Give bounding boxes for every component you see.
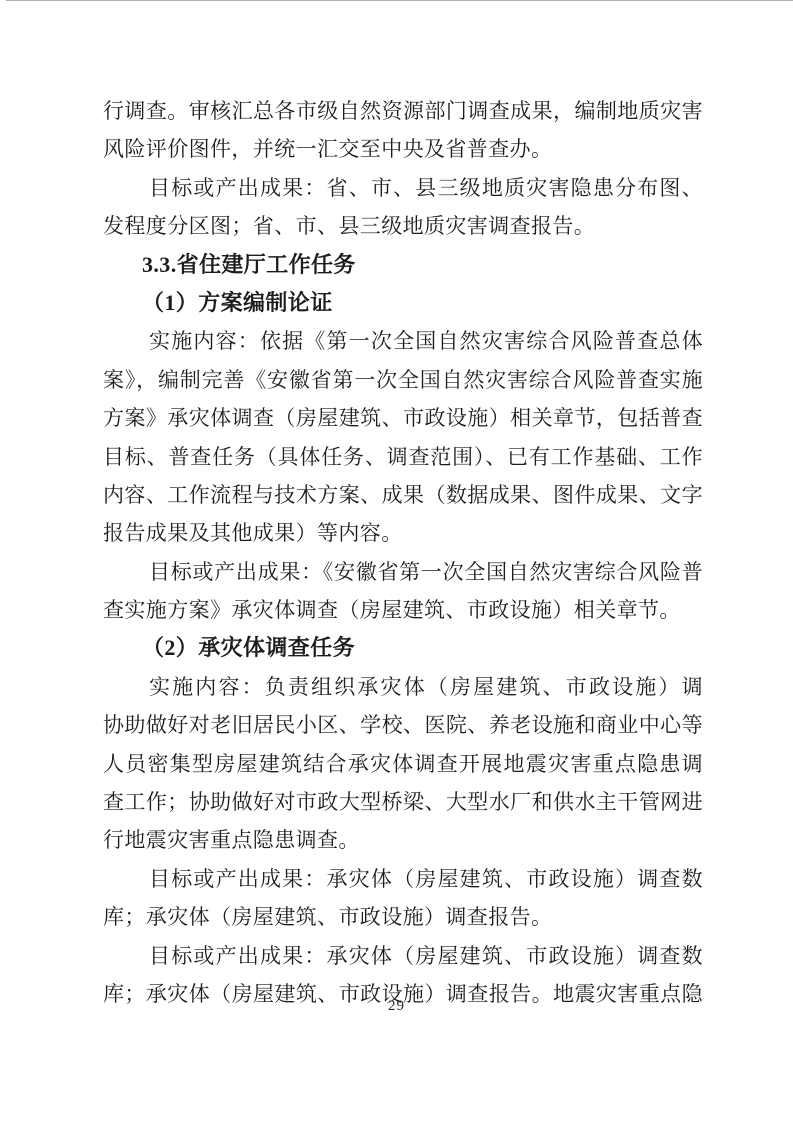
subsection-heading-2: （2）承灾体调查任务 [103, 629, 703, 667]
text-line: 实施内容：负责组织承灾体（房屋建筑、市政设施）调查； [103, 668, 703, 706]
scan-top-edge-line [6, 0, 793, 1]
text-line: 库；承灾体（房屋建筑、市政设施）调查报告。 [103, 898, 703, 936]
text-line: 案》，编制完善《安徽省第一次全国自然灾害综合风险普查实施 [103, 361, 703, 399]
text-line: 实施内容：依据《第一次全国自然灾害综合风险普查总体方 [103, 322, 703, 360]
text-line: 方案》承灾体调查（房屋建筑、市政设施）相关章节，包括普查 [103, 399, 703, 437]
text-line: 风险评价图件，并统一汇交至中央及省普查办。 [103, 130, 703, 168]
text-line: 目标或产出成果：《安徽省第一次全国自然灾害综合风险普 [103, 553, 703, 591]
text-line: 目标或产出成果：省、市、县三级地质灾害隐患分布图、易 [103, 169, 703, 207]
text-line: 查实施方案》承灾体调查（房屋建筑、市政设施）相关章节。 [103, 591, 703, 629]
text-line: 发程度分区图；省、市、县三级地质灾害调查报告。 [103, 207, 703, 245]
text-line: 行地震灾害重点隐患调查。 [103, 821, 703, 859]
text-line: 人员密集型房屋建筑结合承灾体调查开展地震灾害重点隐患调 [103, 745, 703, 783]
text-line: 目标、普查任务（具体任务、调查范围）、已有工作基础、工作 [103, 438, 703, 476]
section-heading-3-3: 3.3.省住建厅工作任务 [103, 246, 703, 284]
text-line: 目标或产出成果：承灾体（房屋建筑、市政设施）调查数据 [103, 937, 703, 975]
text-line: 行调查。审核汇总各市级自然资源部门调查成果，编制地质灾害 [103, 92, 703, 130]
text-line: 内容、工作流程与技术方案、成果（数据成果、图件成果、文字 [103, 476, 703, 514]
text-line: 查工作；协助做好对市政大型桥梁、大型水厂和供水主干管网进 [103, 783, 703, 821]
text-line: 目标或产出成果：承灾体（房屋建筑、市政设施）调查数据 [103, 860, 703, 898]
page-body-text: 行调查。审核汇总各市级自然资源部门调查成果，编制地质灾害 风险评价图件，并统一汇… [103, 92, 703, 1013]
page-number: 29 [0, 998, 793, 1015]
text-line: 报告成果及其他成果）等内容。 [103, 514, 703, 552]
subsection-heading-1: （1）方案编制论证 [103, 284, 703, 322]
text-line: 协助做好对老旧居民小区、学校、医院、养老设施和商业中心等 [103, 706, 703, 744]
document-page: 行调查。审核汇总各市级自然资源部门调查成果，编制地质灾害 风险评价图件，并统一汇… [0, 0, 793, 1122]
